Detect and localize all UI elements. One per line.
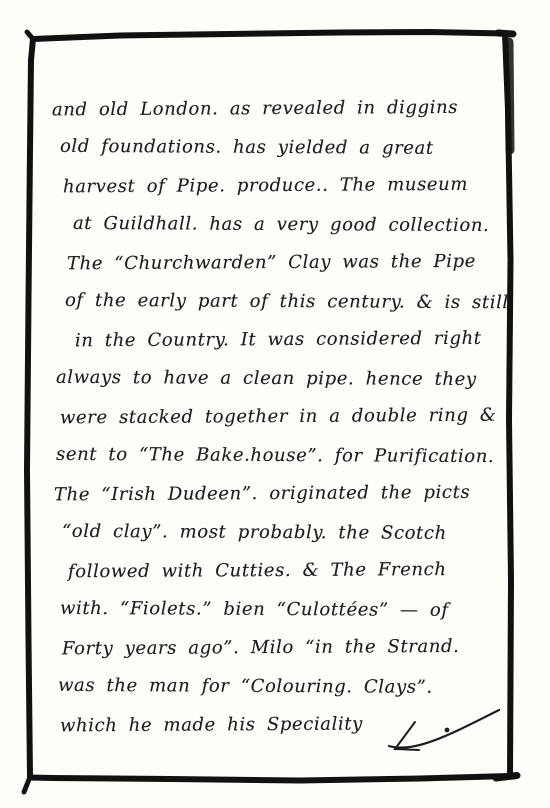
handwritten-line-6: of the early part of this century. & is … bbox=[46, 281, 516, 322]
handwritten-line-15: Forty years ago”. Milo “in the Strand. bbox=[46, 628, 516, 669]
handwritten-line-12: “old clay”. most probably. the Scotch bbox=[46, 512, 516, 553]
handwritten-line-1: and old London. as revealed in diggins bbox=[46, 89, 516, 130]
handwritten-line-13: followed with Cutties. & The French bbox=[46, 551, 516, 592]
handwriting-text: and old London. as revealed in diggins o… bbox=[46, 90, 516, 745]
handwritten-line-9: were stacked together in a double ring & bbox=[46, 397, 516, 438]
handwritten-line-17: which he made his Speciality bbox=[46, 705, 516, 746]
handwritten-line-11: The “Irish Dudeen”. originated the picts bbox=[46, 474, 516, 515]
manuscript-page: and old London. as revealed in diggins o… bbox=[0, 0, 550, 808]
handwritten-line-5: The “Churchwarden” Clay was the Pipe bbox=[46, 243, 516, 284]
handwritten-line-10: sent to “The Bake.house”. for Purificati… bbox=[46, 435, 516, 476]
handwritten-line-7: in the Country. It was considered right bbox=[46, 320, 516, 361]
handwritten-line-4: at Guildhall. has a very good collection… bbox=[46, 204, 516, 245]
handwritten-line-3: harvest of Pipe. produce.. The museum bbox=[46, 166, 516, 207]
handwritten-line-2: old foundations. has yielded a great bbox=[46, 127, 516, 168]
handwritten-line-14: with. “Fiolets.” bien “Culottées” — of bbox=[46, 589, 516, 630]
handwritten-line-16: was the man for “Colouring. Clays”. bbox=[46, 666, 516, 707]
handwritten-line-8: always to have a clean pipe. hence they bbox=[46, 358, 516, 399]
